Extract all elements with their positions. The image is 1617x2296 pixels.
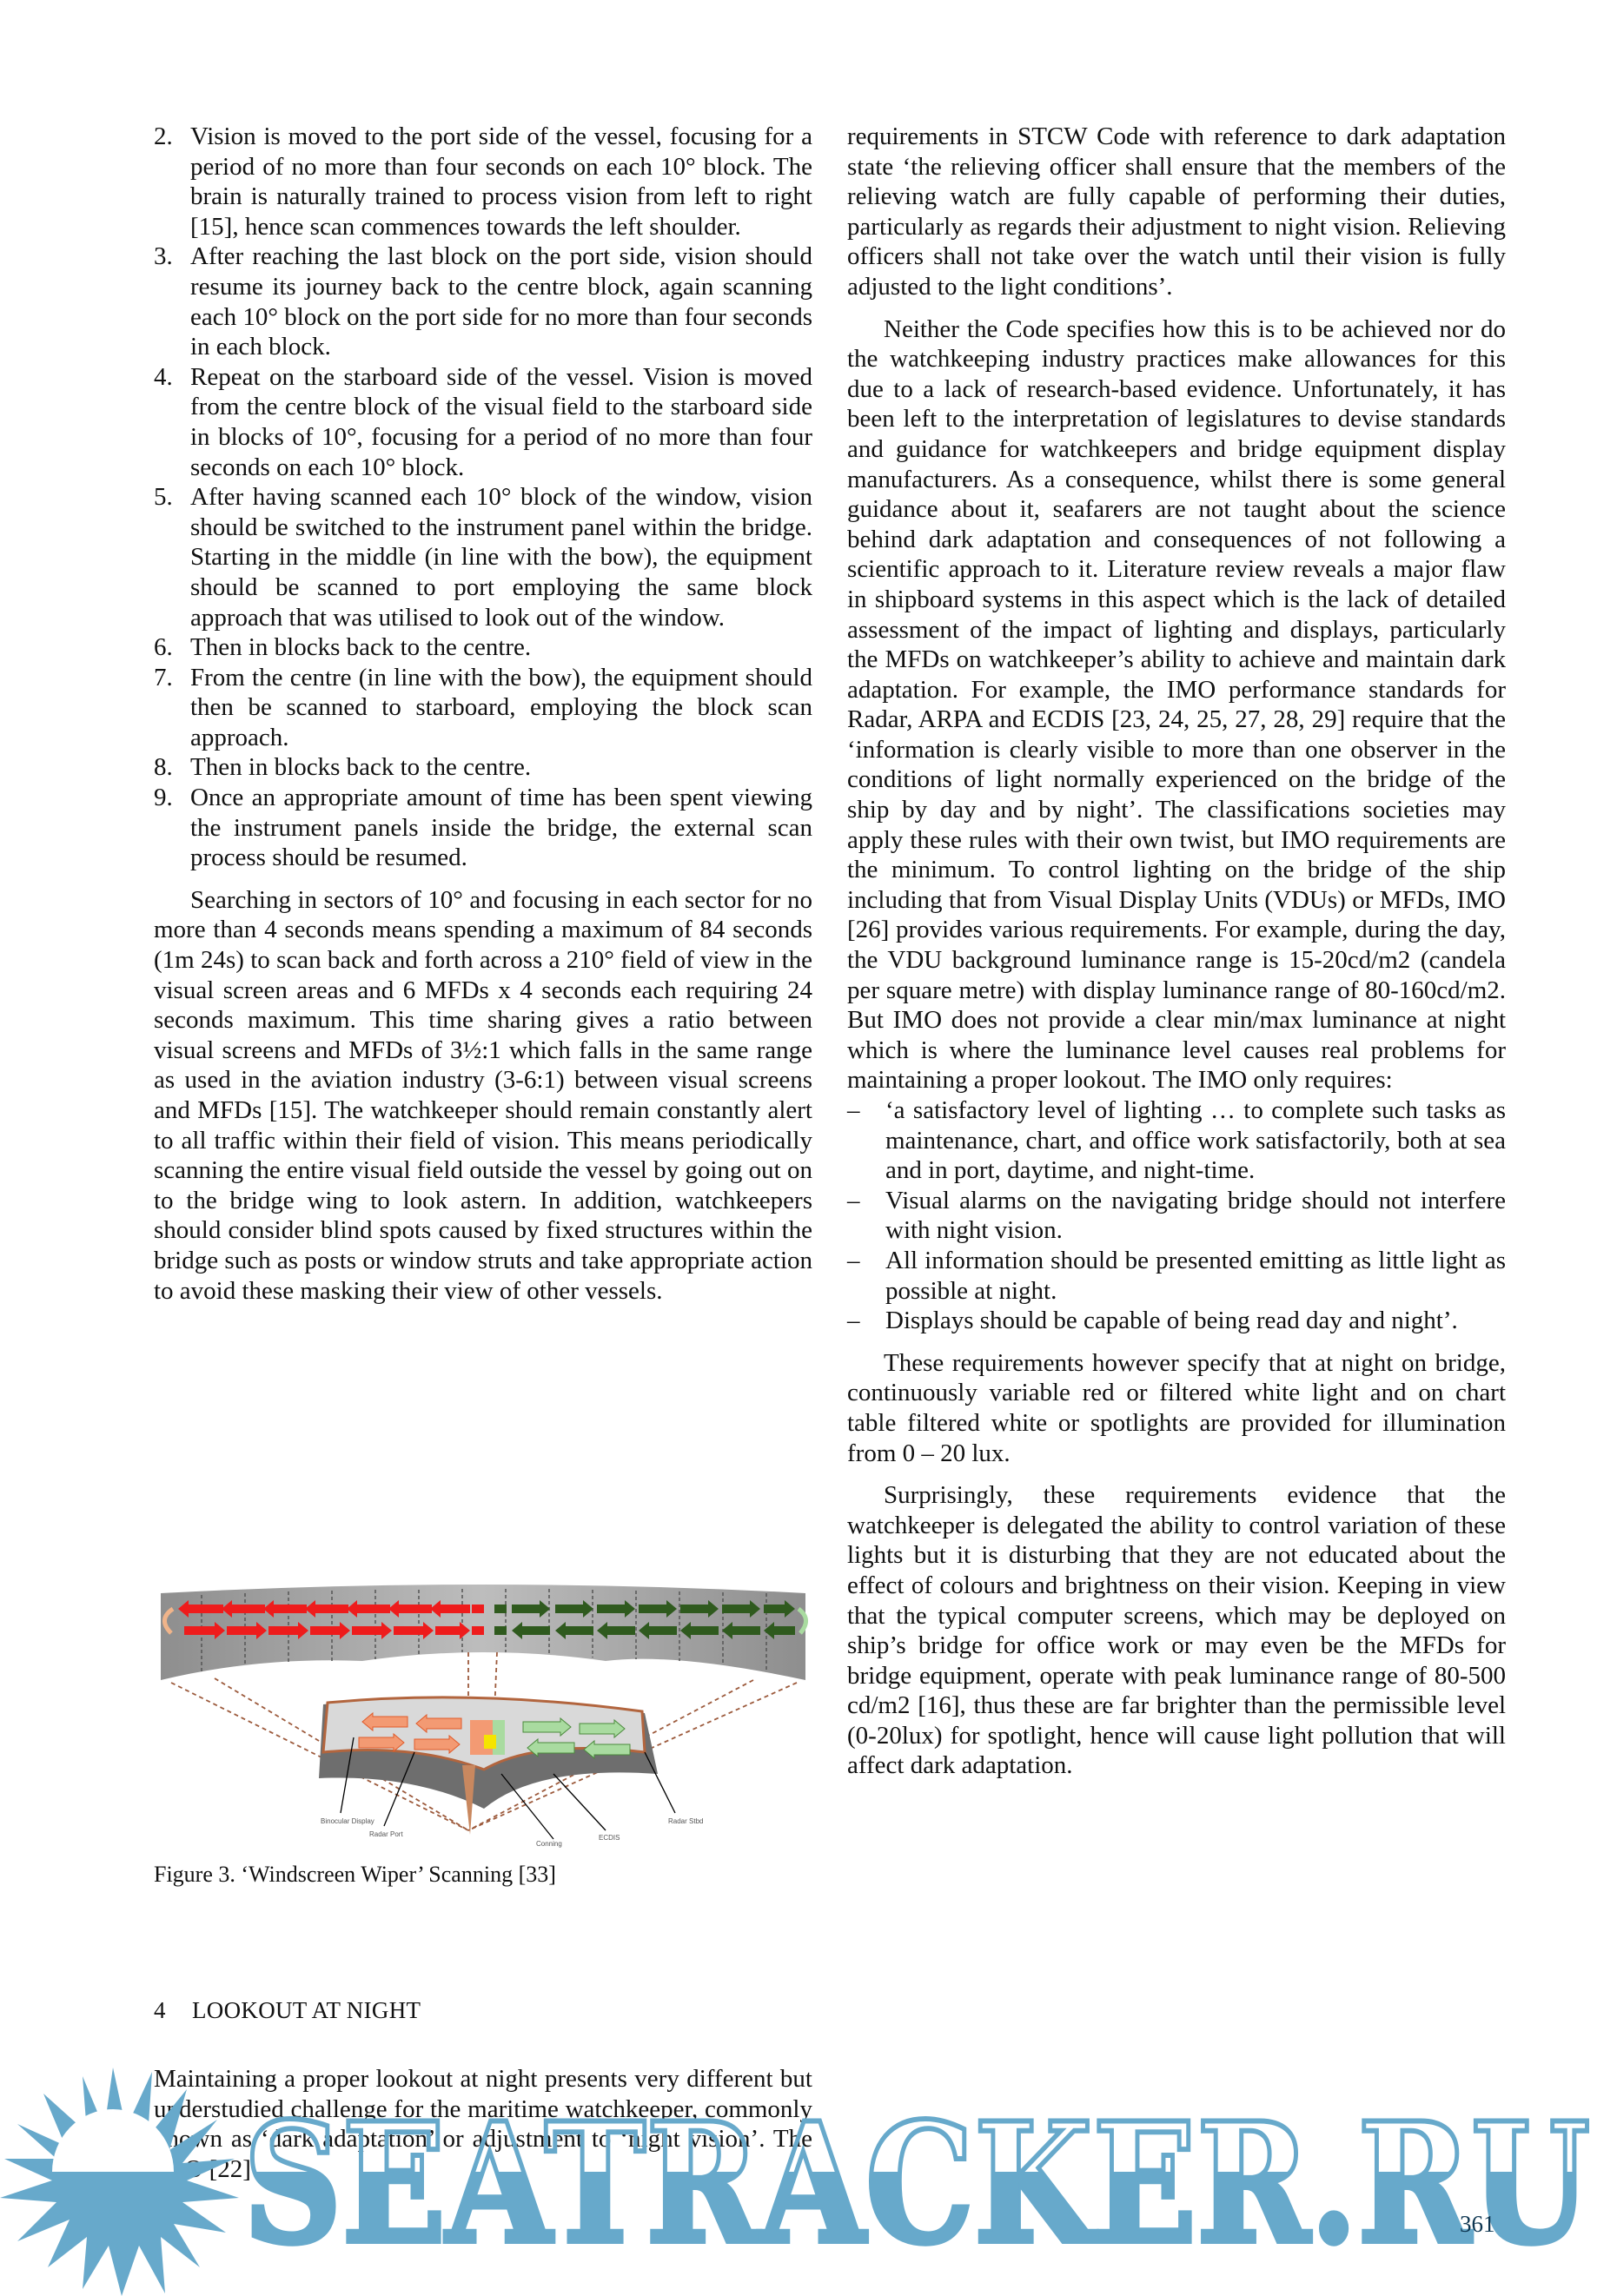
step-text: Once an appropriate amount of time has b… [190,784,812,871]
bridge-scanning-diagram: Binocular Display Radar Port Conning ECD… [154,1583,812,1852]
list-item: 8.Then in blocks back to the centre. [154,752,812,783]
paragraph-searching: Searching in sectors of 10° and focusing… [154,885,812,1306]
step-text: Repeat on the starboard side of the vess… [190,363,812,481]
left-column: 2.Vision is moved to the port side of th… [154,122,812,1306]
dash-bullet: – [847,1246,860,1276]
dash-bullet: – [847,1186,860,1216]
list-item: –Displays should be capable of being rea… [847,1306,1506,1336]
label-conning: Conning [536,1840,562,1848]
paragraph-these-requirements: These requirements however specify that … [847,1348,1506,1468]
section-heading: 4LOOKOUT AT NIGHT [154,1996,421,2024]
dash-bullet: – [847,1306,860,1336]
paragraph-maintaining: Maintaining a proper lookout at night pr… [154,2064,812,2184]
dash-bullet: – [847,1095,860,1126]
step-number: 3. [154,242,173,272]
paragraph-stcw: requirements in STCW Code with reference… [847,122,1506,302]
step-text: Vision is moved to the port side of the … [190,122,812,241]
bullet-text: All information should be presented emit… [885,1247,1506,1305]
bullet-text: Displays should be capable of being read… [885,1307,1458,1334]
label-ecdis: ECDIS [599,1834,620,1842]
list-item: –All information should be presented emi… [847,1246,1506,1306]
step-text: From the centre (in line with the bow), … [190,664,812,751]
step-number: 7. [154,663,173,693]
label-binocular-display: Binocular Display [321,1817,374,1825]
scan-steps-list: 2.Vision is moved to the port side of th… [154,122,812,873]
bullet-text: ‘a satisfactory level of lighting … to c… [885,1096,1506,1184]
step-text: Then in blocks back to the centre. [190,633,531,661]
list-item: –‘a satisfactory level of lighting … to … [847,1095,1506,1186]
list-item: –Visual alarms on the navigating bridge … [847,1186,1506,1246]
list-item: 4.Repeat on the starboard side of the ve… [154,362,812,482]
list-item: 2.Vision is moved to the port side of th… [154,122,812,242]
paragraph-neither: Neither the Code specifies how this is t… [847,314,1506,1095]
figure-caption: Figure 3. ‘Windscreen Wiper’ Scanning [3… [154,1861,556,1889]
step-text: After having scanned each 10° block of t… [190,483,812,631]
section-title: LOOKOUT AT NIGHT [192,1997,421,2023]
figure-windscreen-wiper-scanning: Binocular Display Radar Port Conning ECD… [154,1583,812,1852]
right-column: requirements in STCW Code with reference… [847,122,1506,1781]
list-item: 6.Then in blocks back to the centre. [154,632,812,663]
page-number: 361 [1460,2211,1495,2238]
step-number: 2. [154,122,173,152]
step-text: After reaching the last block on the por… [190,242,812,361]
step-number: 6. [154,632,173,663]
step-number: 9. [154,783,173,813]
list-item: 9.Once an appropriate amount of time has… [154,783,812,873]
list-item: 3.After reaching the last block on the p… [154,242,812,361]
step-text: Then in blocks back to the centre. [190,753,531,781]
paragraph-surprisingly: Surprisingly, these requirements evidenc… [847,1480,1506,1781]
section-number: 4 [154,1996,192,2024]
list-item: 7.From the centre (in line with the bow)… [154,663,812,753]
label-radar-stbd: Radar Stbd [668,1817,703,1825]
list-item: 5.After having scanned each 10° block of… [154,482,812,632]
step-number: 4. [154,362,173,393]
left-column-bottom: Maintaining a proper lookout at night pr… [154,2064,812,2184]
step-number: 8. [154,752,173,783]
bullet-text: Visual alarms on the navigating bridge s… [885,1187,1506,1245]
step-number: 5. [154,482,173,513]
label-radar-port: Radar Port [369,1830,403,1838]
imo-requirements-list: –‘a satisfactory level of lighting … to … [847,1095,1506,1336]
